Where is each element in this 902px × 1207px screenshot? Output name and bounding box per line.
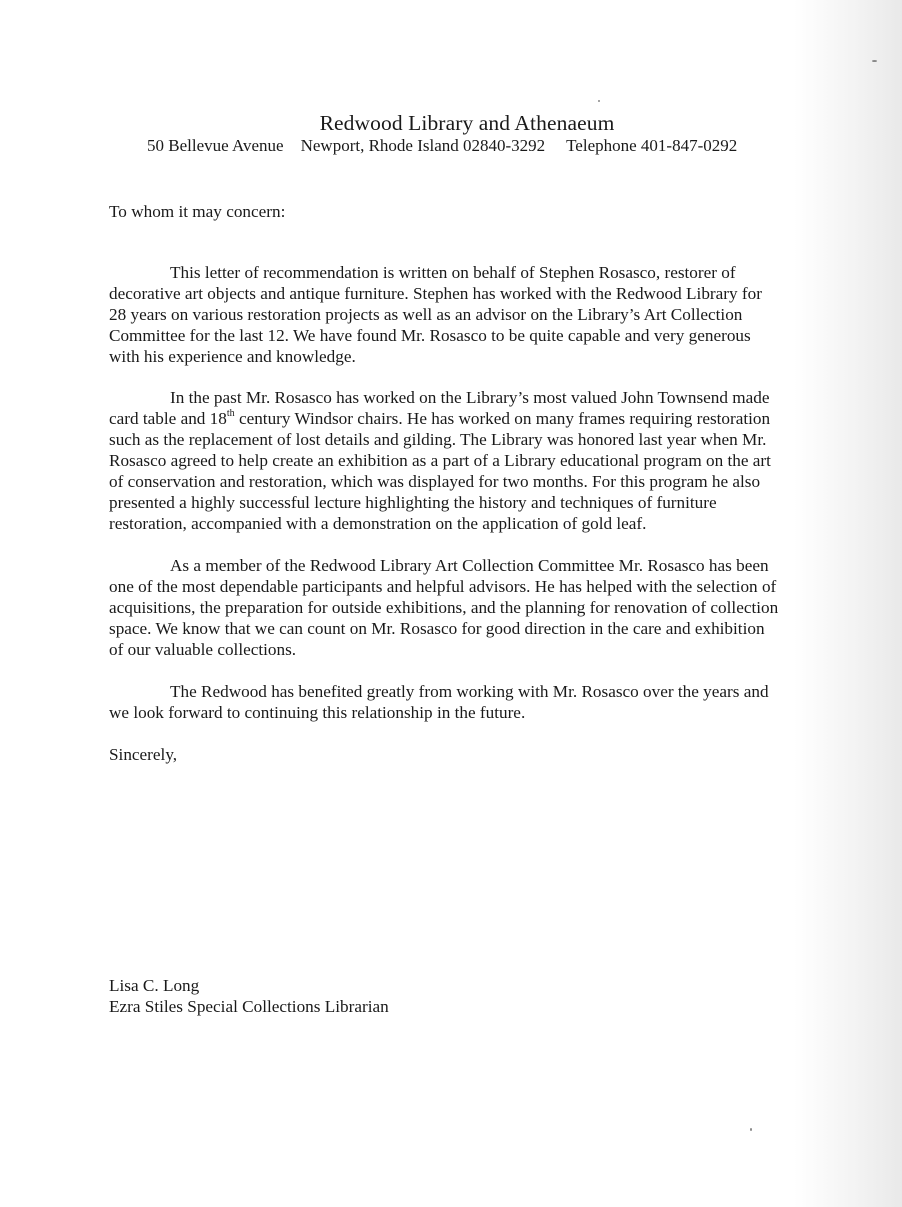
paragraph-line: The Redwood has benefited greatly from w… [170, 681, 769, 702]
letterhead-address: 50 Bellevue Avenue Newport, Rhode Island… [147, 135, 847, 157]
paragraph-line: As a member of the Redwood Library Art C… [170, 555, 769, 576]
paragraph-line: In the past Mr. Rosasco has worked on th… [170, 387, 769, 408]
paragraph-line: restoration, accompanied with a demonstr… [109, 513, 646, 534]
paragraph-line: of conservation and restoration, which w… [109, 471, 760, 492]
signature-title: Ezra Stiles Special Collections Libraria… [109, 996, 389, 1017]
paragraph-line: Committee for the last 12. We have found… [109, 325, 751, 346]
scan-speck [598, 100, 600, 102]
scan-speck [750, 1128, 752, 1131]
paragraph-line: we look forward to continuing this relat… [109, 702, 525, 723]
paragraph-line: of our valuable collections. [109, 639, 296, 660]
letterhead-title: Redwood Library and Athenaeum [0, 110, 902, 136]
scan-speck [872, 60, 877, 62]
line-part: century Windsor chairs. He has worked on… [235, 409, 770, 428]
paragraph-line: decorative art objects and antique furni… [109, 283, 762, 304]
paragraph-line: one of the most dependable participants … [109, 576, 776, 597]
letter-page: Redwood Library and Athenaeum 50 Bellevu… [0, 0, 902, 1207]
paragraph-line: with his experience and knowledge. [109, 346, 356, 367]
salutation: To whom it may concern: [109, 201, 285, 222]
line-part: card table and 18 [109, 409, 227, 428]
ordinal-suffix: th [227, 408, 235, 419]
paragraph-line: space. We know that we can count on Mr. … [109, 618, 765, 639]
signature-name: Lisa C. Long [109, 975, 199, 996]
paragraph-line: acquisitions, the preparation for outsid… [109, 597, 778, 618]
paragraph-line: Rosasco agreed to help create an exhibit… [109, 450, 771, 471]
closing: Sincerely, [109, 744, 177, 765]
paragraph-line: presented a highly successful lecture hi… [109, 492, 717, 513]
paragraph-line: 28 years on various restoration projects… [109, 304, 742, 325]
paragraph-line: such as the replacement of lost details … [109, 429, 766, 450]
paragraph-line: card table and 18th century Windsor chai… [109, 408, 770, 429]
paragraph-line: This letter of recommendation is written… [170, 262, 736, 283]
